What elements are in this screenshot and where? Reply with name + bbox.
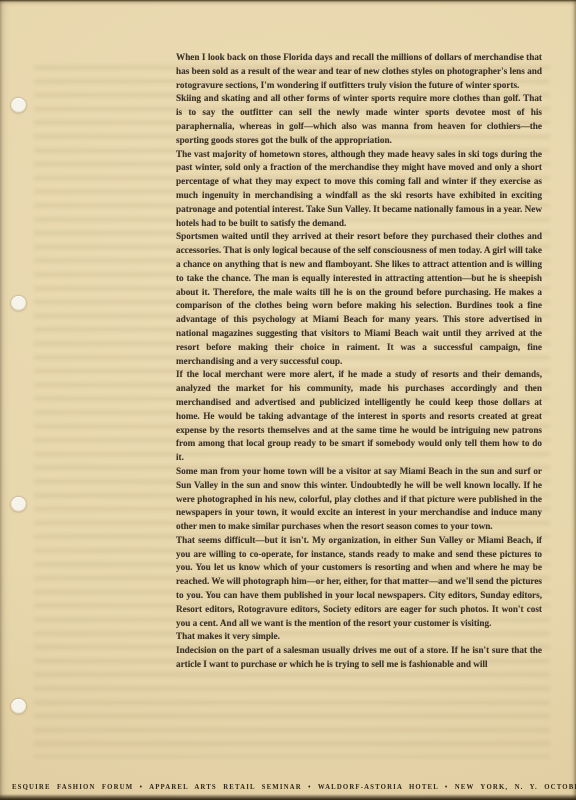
- paragraph: Skiing and skating and all other forms o…: [176, 92, 542, 147]
- paragraph: If the local merchant were more alert, i…: [176, 368, 542, 465]
- page-bottom-edge: [0, 794, 576, 800]
- paragraph: Some man from your home town will be a v…: [176, 465, 542, 534]
- punch-hole: [11, 497, 26, 512]
- punch-hole: [11, 296, 26, 311]
- body-text: When I look back on those Florida days a…: [176, 51, 542, 773]
- paragraph: Sportsmen waited until they arrived at t…: [176, 230, 542, 368]
- page-top-edge: [0, 0, 576, 2]
- punch-hole: [11, 699, 26, 714]
- paragraph: The vast majority of hometown stores, al…: [176, 148, 542, 231]
- punch-hole: [11, 98, 26, 113]
- paragraph: Indecision on the part of a salesman usu…: [176, 644, 542, 672]
- paragraph: That makes it very simple.: [176, 630, 542, 644]
- footer-caption: ESQUIRE FASHION FORUM • APPAREL ARTS RET…: [12, 784, 572, 791]
- document-page: When I look back on those Florida days a…: [0, 0, 576, 800]
- paragraph: That seems difficult—but it isn't. My or…: [176, 534, 542, 631]
- paragraph: When I look back on those Florida days a…: [176, 51, 542, 92]
